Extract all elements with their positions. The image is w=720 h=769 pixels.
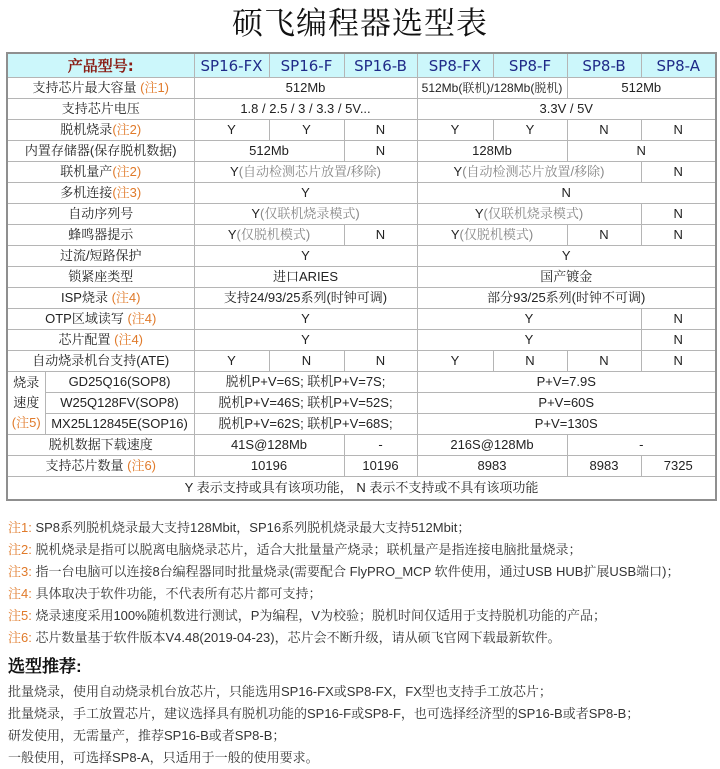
recommend-item: 批量烧录，使用自动烧录机台放芯片，只能选用SP16-FX或SP8-FX，FX型也… <box>8 681 639 703</box>
row-label: 芯片配置 (注4) <box>7 330 194 351</box>
speed-chip: MX25L12845E(SOP16) <box>45 414 194 435</box>
cell: Y(仅脱机模式) <box>417 225 567 246</box>
recommend-item: 研发使用，无需量产，推荐SP16-B或者SP8-B； <box>8 725 639 747</box>
note-item: 注6: 芯片数量基于软件版本V4.48(2019-04-23)，芯片会不断升级，… <box>8 627 679 649</box>
cell: N <box>641 204 716 225</box>
note-ref: (注4) <box>114 332 143 347</box>
note-item: 注5: 烧录速度采用100%随机数进行测试，P为编程，V为校验；脱机时间仅适用于… <box>8 605 679 627</box>
cell: 8983 <box>417 456 567 477</box>
page-title: 硕飞编程器选型表 <box>0 2 720 46</box>
speed-chip: W25Q128FV(SOP8) <box>45 393 194 414</box>
recommend-list: 批量烧录，使用自动烧录机台放芯片，只能选用SP16-FX或SP8-FX，FX型也… <box>8 681 639 769</box>
cell: N <box>641 330 716 351</box>
legend-text: Y 表示支持或具有该项功能， N 表示不支持或不具有该项功能 <box>7 477 716 501</box>
legend-row: Y 表示支持或具有该项功能， N 表示不支持或不具有该项功能 <box>7 477 716 501</box>
row-label: OTP区域读写 (注4) <box>7 309 194 330</box>
cell: 128Mb <box>417 141 567 162</box>
cell: N <box>641 351 716 372</box>
cell: N <box>641 309 716 330</box>
note-ref: (注6) <box>127 458 156 473</box>
row-label: 支持芯片最大容量 (注1) <box>7 78 194 99</box>
speed-group-label: 烧录 速度 (注5) <box>7 372 45 435</box>
cell: 脱机P+V=6S; 联机P+V=7S; <box>194 372 417 393</box>
cell: Y(仅联机烧录模式) <box>194 204 417 225</box>
row-buzzer: 蜂鸣器提示 Y(仅脱机模式) N Y(仅脱机模式) N N <box>7 225 716 246</box>
cell: P+V=130S <box>417 414 716 435</box>
cell: Y <box>194 183 417 204</box>
row-chip-count: 支持芯片数量 (注6) 10196 10196 8983 8983 7325 <box>7 456 716 477</box>
row-config: 芯片配置 (注4) Y Y N <box>7 330 716 351</box>
cell: 脱机P+V=62S; 联机P+V=68S; <box>194 414 417 435</box>
cell: Y(仅脱机模式) <box>194 225 344 246</box>
cell: 512Mb <box>567 78 716 99</box>
cell: - <box>567 435 716 456</box>
model-sp8-a: SP8-A <box>641 53 716 78</box>
cell: Y <box>194 120 269 141</box>
cell: 10196 <box>194 456 344 477</box>
row-label: 锁紧座类型 <box>7 267 194 288</box>
cell: 7325 <box>641 456 716 477</box>
row-label: 支持芯片数量 (注6) <box>7 456 194 477</box>
cell: Y <box>194 309 417 330</box>
cell: 10196 <box>344 456 417 477</box>
row-speed-2: W25Q128FV(SOP8) 脱机P+V=46S; 联机P+V=52S; P+… <box>7 393 716 414</box>
row-label: 蜂鸣器提示 <box>7 225 194 246</box>
row-isp: ISP烧录 (注4) 支持24/93/25系列(时钟可调) 部分93/25系列(… <box>7 288 716 309</box>
cell: 国产镀金 <box>417 267 716 288</box>
row-max-capacity: 支持芯片最大容量 (注1) 512Mb 512Mb(联机)/128Mb(脱机) … <box>7 78 716 99</box>
row-label: 脱机数据下载速度 <box>7 435 194 456</box>
row-voltage: 支持芯片电压 1.8 / 2.5 / 3 / 3.3 / 5V... 3.3V … <box>7 99 716 120</box>
cell: N <box>567 225 641 246</box>
cell: P+V=60S <box>417 393 716 414</box>
cell: 3.3V / 5V <box>417 99 716 120</box>
model-sp8-fx: SP8-FX <box>417 53 493 78</box>
row-label: 内置存储器(保存脱机数据) <box>7 141 194 162</box>
cell: N <box>417 183 716 204</box>
note-ref: (注4) <box>112 290 141 305</box>
cell: Y <box>269 120 344 141</box>
model-sp16-fx: SP16-FX <box>194 53 269 78</box>
cell: 脱机P+V=46S; 联机P+V=52S; <box>194 393 417 414</box>
cell: 512Mb <box>194 78 417 99</box>
row-protect: 过流/短路保护 Y Y <box>7 246 716 267</box>
model-sp16-b: SP16-B <box>344 53 417 78</box>
cell: 1.8 / 2.5 / 3 / 3.3 / 5V... <box>194 99 417 120</box>
note-ref: (注2) <box>112 122 141 137</box>
note-ref: (注5) <box>8 413 45 433</box>
spec-table: 产品型号: SP16-FX SP16-F SP16-B SP8-FX SP8-F… <box>6 52 717 501</box>
row-download: 脱机数据下载速度 41S@128Mb - 216S@128Mb - <box>7 435 716 456</box>
cell: 512Mb(联机)/128Mb(脱机) <box>417 78 567 99</box>
row-label: ISP烧录 (注4) <box>7 288 194 309</box>
cell: N <box>269 351 344 372</box>
cell: Y <box>417 120 493 141</box>
row-online: 联机量产(注2) Y(自动检测芯片放置/移除) Y(自动检测芯片放置/移除) N <box>7 162 716 183</box>
speed-chip: GD25Q16(SOP8) <box>45 372 194 393</box>
header-row: 产品型号: SP16-FX SP16-F SP16-B SP8-FX SP8-F… <box>7 53 716 78</box>
cell: Y <box>417 330 641 351</box>
cell: N <box>641 162 716 183</box>
row-label: 脱机烧录(注2) <box>7 120 194 141</box>
row-otp: OTP区域读写 (注4) Y Y N <box>7 309 716 330</box>
cell: 216S@128Mb <box>417 435 567 456</box>
row-serial: 自动序列号 Y(仅联机烧录模式) Y(仅联机烧录模式) N <box>7 204 716 225</box>
cell: Y(自动检测芯片放置/移除) <box>417 162 641 183</box>
row-label: 支持芯片电压 <box>7 99 194 120</box>
row-label: 多机连接(注3) <box>7 183 194 204</box>
cell: N <box>344 351 417 372</box>
notes-list: 注1: SP8系列脱机烧录最大支持128Mbit，SP16系列脱机烧录最大支持5… <box>8 517 679 649</box>
recommend-title: 选型推荐: <box>8 652 82 677</box>
cell: Y <box>493 120 567 141</box>
cell: N <box>344 141 417 162</box>
note-item: 注3: 指一台电脑可以连接8台编程器同时批量烧录(需要配合 FlyPRO_MCP… <box>8 561 679 583</box>
row-socket: 锁紧座类型 进口ARIES 国产镀金 <box>7 267 716 288</box>
model-sp16-f: SP16-F <box>269 53 344 78</box>
model-sp8-f: SP8-F <box>493 53 567 78</box>
note-item: 注1: SP8系列脱机烧录最大支持128Mbit，SP16系列脱机烧录最大支持5… <box>8 517 679 539</box>
cell: 512Mb <box>194 141 344 162</box>
cell: 进口ARIES <box>194 267 417 288</box>
row-ate: 自动烧录机台支持(ATE) Y N N Y N N N <box>7 351 716 372</box>
cell: Y(自动检测芯片放置/移除) <box>194 162 417 183</box>
cell: N <box>567 120 641 141</box>
row-storage: 内置存储器(保存脱机数据) 512Mb N 128Mb N <box>7 141 716 162</box>
row-offline: 脱机烧录(注2) Y Y N Y Y N N <box>7 120 716 141</box>
model-sp8-b: SP8-B <box>567 53 641 78</box>
row-label: 联机量产(注2) <box>7 162 194 183</box>
cell: 41S@128Mb <box>194 435 344 456</box>
note-ref: (注4) <box>127 311 156 326</box>
row-label: 自动序列号 <box>7 204 194 225</box>
row-label: 过流/短路保护 <box>7 246 194 267</box>
cell: N <box>567 351 641 372</box>
cell: N <box>493 351 567 372</box>
cell: Y <box>194 330 417 351</box>
note-ref: (注3) <box>112 185 141 200</box>
cell: Y <box>194 246 417 267</box>
note-ref: (注1) <box>140 80 169 95</box>
cell: Y(仅联机烧录模式) <box>417 204 641 225</box>
cell: - <box>344 435 417 456</box>
cell: Y <box>417 309 641 330</box>
cell: Y <box>417 351 493 372</box>
row-label: 自动烧录机台支持(ATE) <box>7 351 194 372</box>
cell: N <box>344 120 417 141</box>
row-multi: 多机连接(注3) Y N <box>7 183 716 204</box>
cell: N <box>344 225 417 246</box>
cell: Y <box>417 246 716 267</box>
note-ref: (注2) <box>112 164 141 179</box>
cell: 支持24/93/25系列(时钟可调) <box>194 288 417 309</box>
cell: N <box>567 141 716 162</box>
cell: N <box>641 120 716 141</box>
row-speed-3: MX25L12845E(SOP16) 脱机P+V=62S; 联机P+V=68S;… <box>7 414 716 435</box>
recommend-item: 一般使用，可选择SP8-A，只适用于一般的使用要求。 <box>8 747 639 769</box>
cell: Y <box>194 351 269 372</box>
cell: 8983 <box>567 456 641 477</box>
cell: N <box>641 225 716 246</box>
note-item: 注4: 具体取决于软件功能，不代表所有芯片都可支持； <box>8 583 679 605</box>
recommend-item: 批量烧录，手工放置芯片，建议选择具有脱机功能的SP16-F或SP8-F，也可选择… <box>8 703 639 725</box>
cell: P+V=7.9S <box>417 372 716 393</box>
header-label: 产品型号: <box>7 53 194 78</box>
row-speed-1: 烧录 速度 (注5) GD25Q16(SOP8) 脱机P+V=6S; 联机P+V… <box>7 372 716 393</box>
cell: 部分93/25系列(时钟不可调) <box>417 288 716 309</box>
note-item: 注2: 脱机烧录是指可以脱离电脑烧录芯片，适合大批量量产烧录；联机量产是指连接电… <box>8 539 679 561</box>
